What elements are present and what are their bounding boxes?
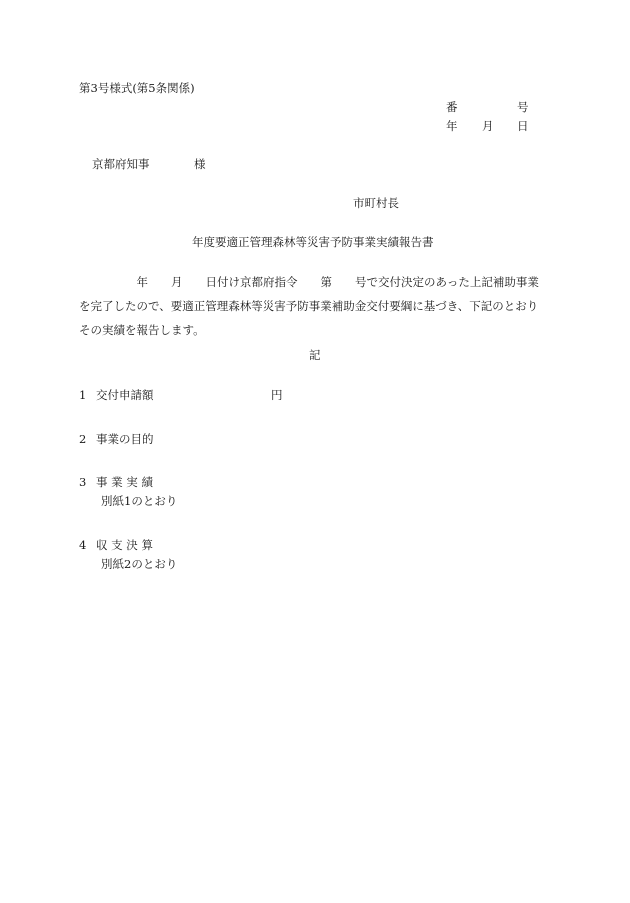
date-day-label: 日	[517, 119, 529, 133]
item-4-label: 収 支 決 算	[96, 538, 153, 552]
item-3-detail: 別紙1のとおり	[101, 494, 177, 508]
number-go-label: 号	[517, 100, 529, 114]
body-line-2: を完了したので、要適正管理森林等災害予防事業補助金交付要綱に基づき、下記のとおり	[79, 294, 549, 318]
item-1-number: 1	[79, 388, 86, 402]
item-2-label: 事業の目的	[96, 432, 154, 446]
addressee-name: 京都府知事	[92, 157, 150, 171]
body-line-3: その実績を報告します。	[79, 318, 549, 342]
document-title: 年度要適正管理森林等災害予防事業実績報告書	[192, 235, 434, 249]
item-4-detail: 別紙2のとおり	[101, 557, 177, 571]
item-3-number: 3	[79, 475, 86, 489]
item-2-number: 2	[79, 432, 86, 446]
item-3-label: 事 業 実 績	[96, 475, 153, 489]
addressee-honorific: 様	[194, 157, 206, 171]
body-paragraph: 年 月 日付け京都府指令 第 号で交付決定のあった上記補助事業 を完了したので、…	[79, 270, 549, 342]
date-year-label: 年	[446, 119, 458, 133]
number-ban-label: 番	[446, 100, 458, 114]
sender-title: 市町村長	[353, 196, 399, 210]
item-1-unit: 円	[271, 388, 283, 402]
form-label: 第3号様式(第5条関係)	[79, 81, 195, 95]
date-month-label: 月	[482, 119, 494, 133]
ki-heading: 記	[309, 348, 321, 362]
body-line-1: 年 月 日付け京都府指令 第 号で交付決定のあった上記補助事業	[79, 270, 549, 294]
item-1-label: 交付申請額	[96, 388, 154, 402]
item-4-number: 4	[79, 538, 86, 552]
